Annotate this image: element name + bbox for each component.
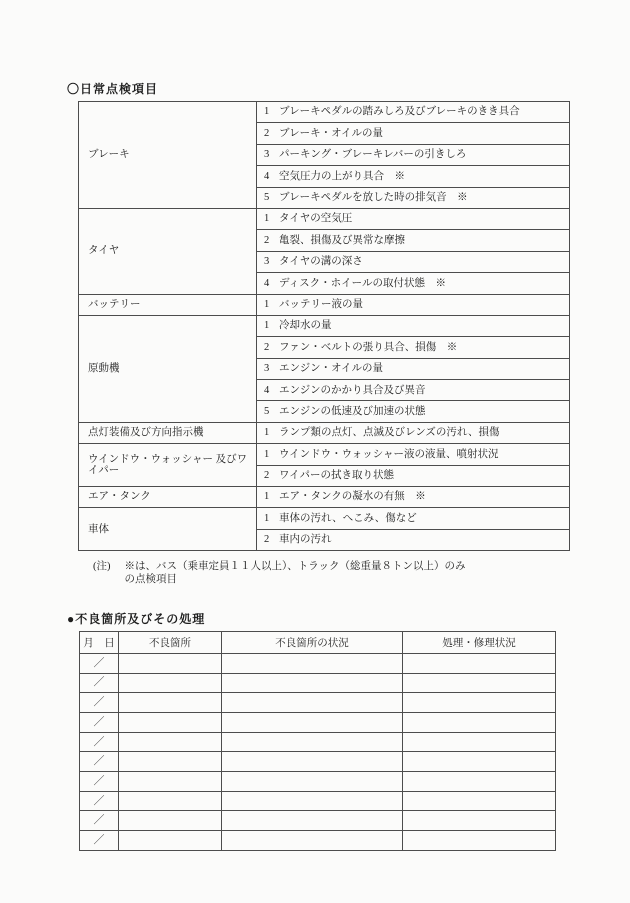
item-text: エンジンの低速及び加速の状態	[279, 406, 425, 418]
item-text: 車内の汚れ	[279, 534, 332, 546]
item-text: ディスク・ホイールの取付状態 ※	[279, 278, 446, 290]
item-text: 亀裂、損傷及び異常な摩擦	[279, 235, 405, 247]
defect-fix-cell	[403, 791, 556, 811]
item-number: 2	[257, 470, 279, 482]
date-slash-cell: ／	[80, 673, 119, 693]
document-page: 〇日常点検項目 ブレーキ1ブレーキペダルの踏みしろ及びブレーキのきき具合2ブレー…	[0, 0, 630, 903]
page-title: 〇日常点検項目	[67, 80, 630, 97]
defect-part-cell	[119, 693, 222, 713]
defect-part-cell	[119, 831, 222, 851]
date-slash-cell: ／	[80, 831, 119, 851]
defect-fix-cell	[403, 772, 556, 792]
date-slash-cell: ／	[80, 653, 119, 673]
inspection-row: 車体1車体の汚れ、へこみ、傷など	[79, 508, 570, 529]
item-number: 1	[257, 106, 279, 118]
defect-state-cell	[222, 732, 403, 752]
item-number: 3	[257, 149, 279, 161]
defect-row: ／	[80, 713, 556, 733]
inspection-row: エア・タンク1エア・タンクの凝水の有無 ※	[79, 487, 570, 508]
category-cell: ウインドウ・ウォッシャー 及びワイパー	[79, 444, 257, 487]
date-slash-cell: ／	[80, 713, 119, 733]
defect-row: ／	[80, 653, 556, 673]
item-cell: 2ワイパーの拭き取り状態	[257, 465, 570, 486]
note: (注) ※は、バス（乗車定員１１人以上）、トラック（総重量８トン以上）のみ の点…	[93, 560, 630, 586]
category-cell: 車体	[79, 508, 257, 551]
item-text: タイヤの溝の深さ	[279, 256, 363, 268]
item-number: 4	[257, 171, 279, 183]
item-text: タイヤの空気圧	[279, 213, 352, 225]
item-text: エンジンのかかり具合及び異音	[279, 385, 425, 397]
date-slash-cell: ／	[80, 811, 119, 831]
defect-state-cell	[222, 772, 403, 792]
item-number: 2	[257, 534, 279, 546]
item-number: 2	[257, 128, 279, 140]
date-slash-cell: ／	[80, 732, 119, 752]
item-cell: 5エンジンの低速及び加速の状態	[257, 401, 570, 422]
defect-fix-cell	[403, 752, 556, 772]
category-cell: ブレーキ	[79, 102, 257, 209]
inspection-row: タイヤ1タイヤの空気圧	[79, 208, 570, 229]
defect-fix-cell	[403, 653, 556, 673]
item-cell: 1タイヤの空気圧	[257, 208, 570, 229]
defect-row: ／	[80, 791, 556, 811]
defect-part-cell	[119, 811, 222, 831]
item-cell: 1ウインドウ・ウォッシャー液の液量、噴射状況	[257, 444, 570, 465]
item-number: 1	[257, 449, 279, 461]
note-line-1: ※は、バス（乗車定員１１人以上）、トラック（総重量８トン以上）のみ	[125, 561, 466, 572]
defect-fix-cell	[403, 713, 556, 733]
category-cell: バッテリー	[79, 294, 257, 315]
defect-fix-cell	[403, 673, 556, 693]
defect-state-cell	[222, 713, 403, 733]
item-number: 4	[257, 385, 279, 397]
item-cell: 1ブレーキペダルの踏みしろ及びブレーキのきき具合	[257, 102, 570, 123]
inspection-row: バッテリー1バッテリー液の量	[79, 294, 570, 315]
item-number: 5	[257, 192, 279, 204]
defect-row: ／	[80, 732, 556, 752]
item-text: エア・タンクの凝水の有無 ※	[279, 491, 426, 503]
item-number: 1	[257, 213, 279, 225]
defect-row: ／	[80, 752, 556, 772]
item-text: 空気圧力の上がり具合 ※	[279, 171, 405, 183]
item-text: ブレーキペダルの踏みしろ及びブレーキのきき具合	[279, 106, 520, 118]
item-text: ブレーキ・オイルの量	[279, 128, 383, 140]
defect-part-cell	[119, 653, 222, 673]
item-text: パーキング・ブレーキレバーの引きしろ	[279, 149, 466, 161]
item-number: 1	[257, 299, 279, 311]
item-cell: 1エア・タンクの凝水の有無 ※	[257, 487, 570, 508]
item-number: 1	[257, 491, 279, 503]
item-cell: 1ランプ類の点灯、点滅及びレンズの汚れ、損傷	[257, 422, 570, 443]
item-text: 車体の汚れ、へこみ、傷など	[279, 513, 417, 525]
item-cell: 2ファン・ベルトの張り具合、損傷 ※	[257, 337, 570, 358]
inspection-row: 点灯装備及び方向指示機1ランプ類の点灯、点滅及びレンズの汚れ、損傷	[79, 422, 570, 443]
item-number: 2	[257, 342, 279, 354]
item-text: ウインドウ・ウォッシャー液の液量、噴射状況	[279, 449, 499, 461]
defect-state-cell	[222, 673, 403, 693]
defect-state-cell	[222, 693, 403, 713]
item-text: ファン・ベルトの張り具合、損傷 ※	[279, 342, 457, 354]
item-cell: 4空気圧力の上がり具合 ※	[257, 166, 570, 187]
item-number: 3	[257, 256, 279, 268]
item-number: 1	[257, 427, 279, 439]
defect-part-cell	[119, 791, 222, 811]
item-cell: 2車内の汚れ	[257, 529, 570, 550]
item-text: 冷却水の量	[279, 320, 332, 332]
defect-state-cell	[222, 752, 403, 772]
item-text: ワイパーの拭き取り状態	[279, 470, 394, 482]
inspection-row: ブレーキ1ブレーキペダルの踏みしろ及びブレーキのきき具合	[79, 102, 570, 123]
section2-title: ●不良箇所及びその処理	[67, 610, 630, 627]
item-cell: 2ブレーキ・オイルの量	[257, 123, 570, 144]
defect-state-cell	[222, 811, 403, 831]
date-slash-cell: ／	[80, 693, 119, 713]
defect-header-fix: 処理・修理状況	[403, 632, 556, 654]
defect-header-date: 月 日	[80, 632, 119, 654]
defect-row: ／	[80, 673, 556, 693]
date-slash-cell: ／	[80, 791, 119, 811]
item-cell: 3タイヤの溝の深さ	[257, 251, 570, 272]
category-cell: 原動機	[79, 315, 257, 422]
item-text: ブレーキペダルを放した時の排気音 ※	[279, 192, 468, 204]
defect-state-cell	[222, 831, 403, 851]
item-text: バッテリー液の量	[279, 299, 363, 311]
defect-fix-cell	[403, 693, 556, 713]
inspection-row: 原動機1冷却水の量	[79, 315, 570, 336]
item-number: 1	[257, 513, 279, 525]
item-number: 2	[257, 235, 279, 247]
date-slash-cell: ／	[80, 772, 119, 792]
defect-part-cell	[119, 732, 222, 752]
defect-header-row: 月 日不良箇所不良箇所の状況処理・修理状況	[80, 632, 556, 654]
defect-header-state: 不良箇所の状況	[222, 632, 403, 654]
defect-part-cell	[119, 752, 222, 772]
defect-row: ／	[80, 831, 556, 851]
item-cell: 1冷却水の量	[257, 315, 570, 336]
item-cell: 3エンジン・オイルの量	[257, 358, 570, 379]
defect-row: ／	[80, 811, 556, 831]
category-cell: エア・タンク	[79, 487, 257, 508]
item-cell: 1バッテリー液の量	[257, 294, 570, 315]
item-text: ランプ類の点灯、点滅及びレンズの汚れ、損傷	[279, 427, 500, 439]
item-cell: 4ディスク・ホイールの取付状態 ※	[257, 273, 570, 294]
category-cell: 点灯装備及び方向指示機	[79, 422, 257, 443]
inspection-table: ブレーキ1ブレーキペダルの踏みしろ及びブレーキのきき具合2ブレーキ・オイルの量3…	[78, 101, 570, 551]
date-slash-cell: ／	[80, 752, 119, 772]
defect-row: ／	[80, 693, 556, 713]
item-cell: 4エンジンのかかり具合及び異音	[257, 380, 570, 401]
note-label: (注)	[93, 560, 111, 586]
item-number: 4	[257, 278, 279, 290]
item-number: 3	[257, 363, 279, 375]
item-cell: 1車体の汚れ、へこみ、傷など	[257, 508, 570, 529]
defect-state-cell	[222, 791, 403, 811]
item-cell: 2亀裂、損傷及び異常な摩擦	[257, 230, 570, 251]
defect-fix-cell	[403, 732, 556, 752]
item-number: 5	[257, 406, 279, 418]
defect-header-part: 不良箇所	[119, 632, 222, 654]
defect-part-cell	[119, 772, 222, 792]
category-cell: タイヤ	[79, 208, 257, 294]
defect-fix-cell	[403, 811, 556, 831]
item-text: エンジン・オイルの量	[279, 363, 383, 375]
item-cell: 5ブレーキペダルを放した時の排気音 ※	[257, 187, 570, 208]
defect-part-cell	[119, 713, 222, 733]
note-text: ※は、バス（乗車定員１１人以上）、トラック（総重量８トン以上）のみ の点検項目	[125, 560, 466, 586]
note-line-2: の点検項目	[125, 574, 178, 585]
defect-row: ／	[80, 772, 556, 792]
item-number: 1	[257, 320, 279, 332]
inspection-row: ウインドウ・ウォッシャー 及びワイパー1ウインドウ・ウォッシャー液の液量、噴射状…	[79, 444, 570, 465]
item-cell: 3パーキング・ブレーキレバーの引きしろ	[257, 144, 570, 165]
defect-table: 月 日不良箇所不良箇所の状況処理・修理状況 ／ ／ ／ ／ ／ ／ ／ ／ ／ …	[79, 631, 556, 850]
defect-state-cell	[222, 653, 403, 673]
defect-part-cell	[119, 673, 222, 693]
defect-fix-cell	[403, 831, 556, 851]
